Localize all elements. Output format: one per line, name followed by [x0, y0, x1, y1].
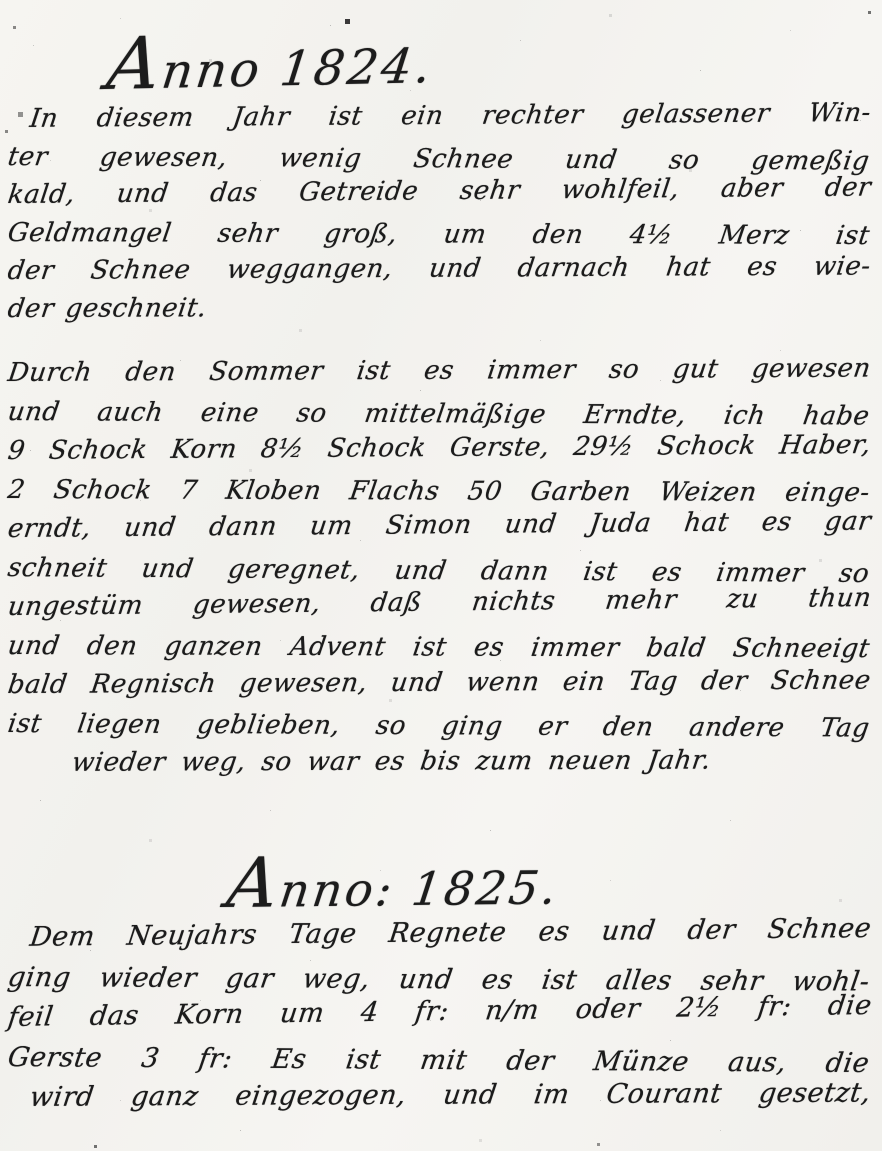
- manuscript-line: bald Regnisch gewesen, und wenn ein Tag …: [5, 661, 873, 705]
- manuscript-line: 9 Schock Korn 8½ Schock Gerste, 29½ Scho…: [5, 426, 873, 471]
- heading-anno-1825: Anno: 1825.: [223, 841, 565, 924]
- manuscript-line: ungestüm gewesen, daß nichts mehr zu thu…: [5, 579, 873, 627]
- ink-flecks: [0, 0, 1, 1]
- manuscript-line: erndt, und dann um Simon und Juda hat es…: [5, 502, 873, 549]
- manuscript-line: Dem Neujahrs Tage Regnete es und der Sch…: [5, 909, 873, 958]
- paper-speckles-2: [0, 0, 1, 1]
- manuscript-line: Durch den Sommer ist es immer so gut gew…: [5, 349, 873, 393]
- manuscript-line: der Schnee weggangen, und darnach hat es…: [5, 247, 873, 290]
- paragraph-1825: Dem Neujahrs Tage Regnete es und der Sch…: [8, 918, 870, 1118]
- manuscript-line: wieder weg, so war es bis zum neuen Jahr…: [5, 741, 873, 783]
- paragraph-1824-winter: In diesem Jahr ist ein rechter gelassene…: [8, 100, 870, 328]
- manuscript-page: Anno 1824. In diesem Jahr ist ein rechte…: [0, 0, 882, 1151]
- manuscript-line: der geschneit.: [5, 287, 873, 328]
- paper-speckles: [0, 0, 1, 1]
- manuscript-line: In diesem Jahr ist ein rechter gelassene…: [5, 94, 873, 138]
- paragraph-1824-sommer: Durch den Sommer ist es immer so gut gew…: [8, 354, 870, 783]
- heading-anno-1824: Anno 1824.: [103, 15, 439, 106]
- manuscript-line: kald, und das Getreide sehr wohlfeil, ab…: [5, 168, 873, 214]
- manuscript-line: wird ganz eingezogen, und im Courant ges…: [5, 1073, 873, 1118]
